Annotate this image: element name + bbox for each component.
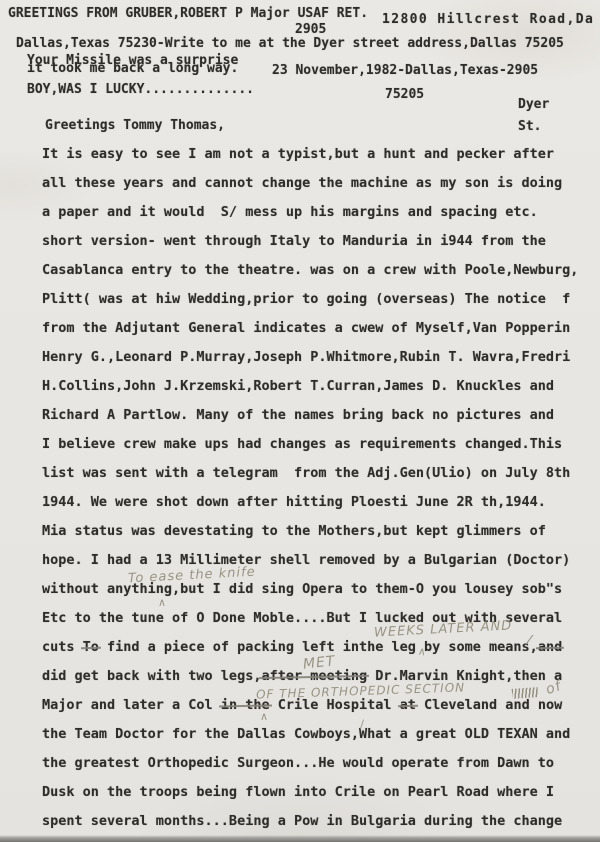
letter-page: GREETINGS FROM GRUBER,ROBERT P Major USA… <box>0 0 600 842</box>
letter-line: It is easy to see I am not a typist,but … <box>42 146 578 175</box>
letter-line: Richard A Partlow. Many of the names bri… <box>42 407 578 436</box>
letter-line: the Team Doctor for the Dallas Cowboys,W… <box>42 726 578 755</box>
letter-line: list was sent with a telegram from the A… <box>42 465 578 494</box>
letter-line: short version- went through Italy to Man… <box>42 233 578 262</box>
letter-body: It is easy to see I am not a typist,but … <box>42 146 578 842</box>
typed-text: Cleveland and now <box>416 697 562 713</box>
pencil-caret-below-crile: ∧ <box>260 710 269 723</box>
typed-text: Dusk on the troops being flown into Cril… <box>42 784 554 800</box>
typed-text: find a piece of packing left inthe leg b… <box>99 639 538 655</box>
letter-line: Mia status was devestating to the Mother… <box>42 523 578 552</box>
letter-line: Henry G.,Leonard P.Murray,Joseph P.Whitm… <box>42 349 578 378</box>
typed-text: Mia status was devestating to the Mother… <box>42 523 546 539</box>
typed-text: hope. I had a 13 Millimeter shell remove… <box>42 552 570 568</box>
letter-line: Casablanca entry to the theatre. was on … <box>42 262 578 291</box>
typed-text: spent several months...Being a Pow in Bu… <box>42 813 562 829</box>
typed-text: all these years and cannot change the ma… <box>42 175 562 191</box>
letter-line: from the Adjutant General indicates a cw… <box>42 320 578 349</box>
pencil-scribble <box>512 687 539 699</box>
date-line: 23 November,1982-Dallas,Texas-2905 <box>272 63 538 78</box>
typed-text: a paper and it would S/ mess up his marg… <box>42 204 538 220</box>
pencil-caret-after-leg: ∧ <box>417 644 428 658</box>
pencil-note-met: MET <box>302 653 336 672</box>
typed-text: Casablanca entry to the theatre. was on … <box>42 262 578 278</box>
note-line-long-way: it took me back a long way. <box>27 61 238 76</box>
typed-text: did get back with two legs, <box>42 668 261 684</box>
letter-heading: GREETINGS FROM GRUBER,ROBERT P Major USA… <box>8 6 368 21</box>
sender-address-line1: 12800 Hillcrest Road,Da <box>382 12 594 27</box>
zip-code: 75205 <box>385 87 424 102</box>
typed-text: Richard A Partlow. Many of the names bri… <box>42 407 554 423</box>
letter-line: hope. I had a 13 Millimeter shell remove… <box>42 552 578 581</box>
letter-line: without anything,but I did sing Opera to… <box>42 581 578 610</box>
typed-text: list was sent with a telegram from the A… <box>42 465 570 481</box>
lucky-line: BOY,WAS I LUCKY.............. <box>27 82 254 97</box>
sender-address-number: 2905 <box>295 22 326 37</box>
typed-text: Major and later a Col <box>42 697 221 713</box>
typed-text: from the Adjutant General indicates a cw… <box>42 320 570 336</box>
letter-line: 1944. We were shot down after hitting Pl… <box>42 494 578 523</box>
typed-text: short version- went through Italy to Man… <box>42 233 546 249</box>
page-bottom-edge <box>0 835 600 842</box>
struck-text: at <box>400 697 416 713</box>
dyer-label: Dyer <box>518 97 549 112</box>
salutation: Greetings Tommy Thomas, <box>45 118 225 133</box>
typed-text: I believe crew make ups had changes as r… <box>42 436 562 452</box>
st-label: St. <box>518 119 541 134</box>
typed-text: without anything,but I did sing Opera to… <box>42 581 562 597</box>
typed-text: H.Collins,John J.Krzemski,Robert T.Curra… <box>42 378 554 394</box>
struck-text: To <box>83 639 99 655</box>
pencil-caret-after-anything: ∧ <box>158 596 167 609</box>
letter-line: the greatest Orthopedic Surgeon...He wou… <box>42 755 578 784</box>
letter-line: all these years and cannot change the ma… <box>42 175 578 204</box>
sender-address-line2: Dallas,Texas 75230-Write to me at the Dy… <box>16 36 564 51</box>
letter-line: a paper and it would S/ mess up his marg… <box>42 204 578 233</box>
letter-line: H.Collins,John J.Krzemski,Robert T.Curra… <box>42 378 578 407</box>
struck-text: and <box>538 639 562 655</box>
letter-line: Plitt( was at hiw Wedding,prior to going… <box>42 291 578 320</box>
typed-text: Plitt( was at hiw Wedding,prior to going… <box>42 291 570 307</box>
typed-text: cuts <box>42 639 83 655</box>
typed-text: the greatest Orthopedic Surgeon...He wou… <box>42 755 554 771</box>
letter-line: I believe crew make ups had changes as r… <box>42 436 578 465</box>
letter-line: Major and later a Col in the Crile Hospi… <box>42 697 578 726</box>
typed-text: Henry G.,Leonard P.Murray,Joseph P.Whitm… <box>42 349 570 365</box>
typed-text: the Team Doctor for the Dallas Cowboys,W… <box>42 726 570 742</box>
typed-text: It is easy to see I am not a typist,but … <box>42 146 554 162</box>
typed-text: 1944. We were shot down after hitting Pl… <box>42 494 546 510</box>
letter-line: Dusk on the troops being flown into Cril… <box>42 784 578 813</box>
